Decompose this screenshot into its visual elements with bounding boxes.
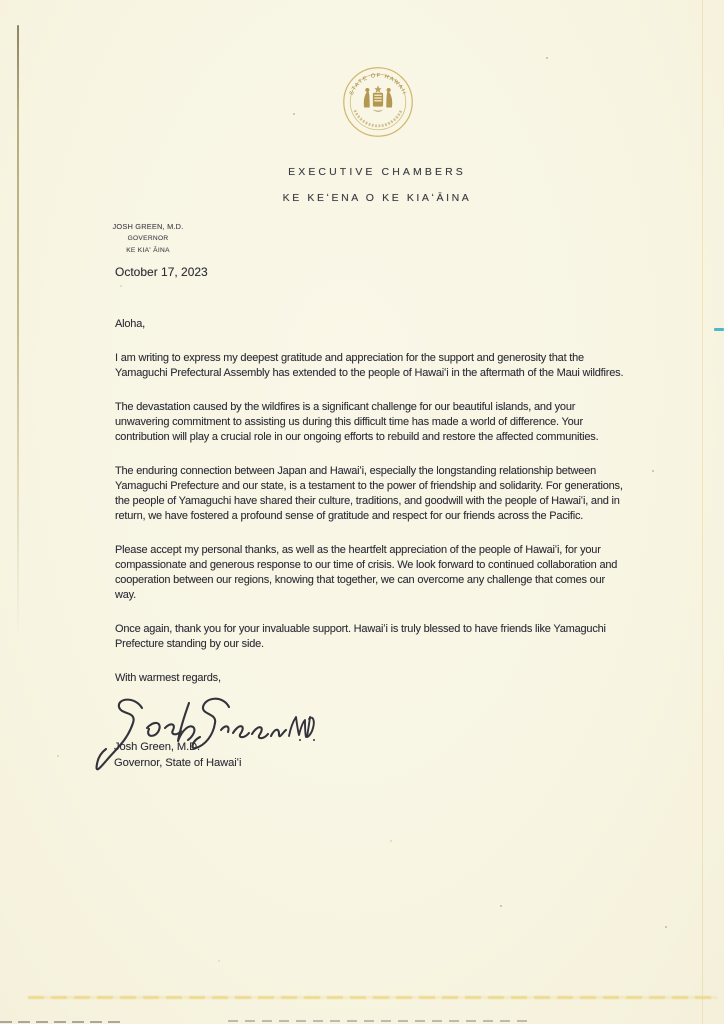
letter-date: October 17, 2023 — [115, 265, 208, 279]
salutation: Aloha, — [115, 317, 645, 332]
paragraph-5-line-2: Prefecture standing by our side. — [115, 637, 645, 652]
scan-line-right — [702, 0, 703, 1024]
paragraph-1: I am writing to express my deepest grati… — [115, 351, 645, 381]
scan-gray-dashes-center — [228, 1020, 528, 1022]
signature-block: Josh Green, M.D. Governor, State of Hawa… — [114, 740, 241, 771]
svg-text:STATE OF HAWAII: STATE OF HAWAII — [349, 73, 407, 96]
paragraph-4-line-4: way. — [115, 588, 645, 603]
paragraph-2-line-1: The devastation caused by the wildfires … — [115, 400, 645, 415]
scan-speck — [390, 840, 392, 842]
paragraph-1-line-1: I am writing to express my deepest grati… — [115, 351, 645, 366]
scan-speck — [218, 960, 220, 962]
scan-gray-dashes-left — [0, 1021, 120, 1023]
closing: With warmest regards, — [115, 671, 645, 686]
salutation-text: Aloha, — [115, 317, 645, 332]
executive-chambers-heading: EXECUTIVE CHAMBERS — [288, 166, 466, 178]
scan-fold-line-left — [17, 25, 19, 639]
seal-crest — [364, 85, 392, 111]
paragraph-5-line-1: Once again, thank you for your invaluabl… — [115, 622, 645, 637]
paragraph-3-line-3: the people of Yamaguchi have shared thei… — [115, 494, 645, 509]
governor-letterhead-block: JOSH GREEN, M.D. GOVERNOR KE KIAʻ ĀINA — [109, 221, 187, 256]
scan-yellow-line-bottom — [28, 996, 718, 999]
paragraph-5: Once again, thank you for your invaluabl… — [115, 622, 645, 652]
seal-arc-text: STATE OF HAWAII — [349, 73, 407, 96]
state-of-hawaii-seal-icon: STATE OF HAWAII — [341, 65, 415, 139]
scan-speck — [120, 285, 122, 287]
paragraph-3: The enduring connection between Japan an… — [115, 464, 645, 524]
paragraph-3-line-2: Yamaguchi Prefecture and our state, is a… — [115, 479, 645, 494]
paragraph-1-line-2: Yamaguchi Prefectural Assembly has exten… — [115, 366, 645, 381]
paragraph-2: The devastation caused by the wildfires … — [115, 400, 645, 445]
scan-speck — [546, 57, 548, 59]
governor-title-hawaiian: KE KIAʻ ĀINA — [109, 245, 187, 256]
paragraph-2-line-3: contribution will play a crucial role in… — [115, 430, 645, 445]
paragraph-4-line-1: Please accept my personal thanks, as wel… — [115, 543, 645, 558]
scan-speck — [652, 470, 654, 472]
seal-motto-dashes — [355, 110, 401, 126]
closing-text: With warmest regards, — [115, 671, 645, 686]
signed-title: Governor, State of Hawaiʻi — [114, 756, 241, 772]
governor-name: JOSH GREEN, M.D. — [109, 221, 187, 232]
scan-speck — [665, 926, 667, 928]
signed-name: Josh Green, M.D. — [114, 740, 241, 756]
paragraph-4: Please accept my personal thanks, as wel… — [115, 543, 645, 603]
paragraph-4-line-2: compassionate and generous response to o… — [115, 558, 645, 573]
paragraph-3-line-4: return, we have fostered a profound sens… — [115, 509, 645, 524]
scan-speck — [57, 755, 59, 757]
scan-speck — [500, 905, 502, 907]
scan-cyan-mark — [714, 328, 724, 331]
paragraph-2-line-2: unwavering commitment to assisting us du… — [115, 415, 645, 430]
paragraph-3-line-1: The enduring connection between Japan an… — [115, 464, 645, 479]
scan-speck — [293, 113, 295, 115]
governor-title: GOVERNOR — [109, 233, 187, 244]
hawaiian-chambers-heading: KE KEʻENA O KE KIAʻĀINA — [283, 192, 472, 204]
scanned-letter-page: STATE OF HAWAII EXECUTIVE CHAMBERS KE KE… — [0, 0, 724, 1024]
paragraph-4-line-3: cooperation between our regions, knowing… — [115, 573, 645, 588]
letter-body: Aloha, I am writing to express my deepes… — [115, 317, 645, 705]
